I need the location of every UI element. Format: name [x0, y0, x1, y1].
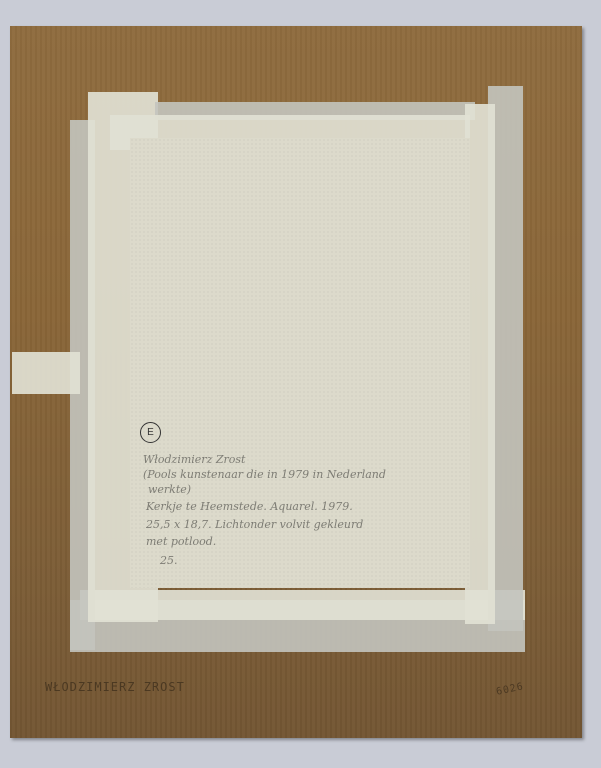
- note-line-2: (Pools kunstenaar die in 1979 in Nederla…: [143, 467, 386, 482]
- note-line-3: werkte): [148, 482, 191, 497]
- note-line-7: 25.: [160, 553, 178, 568]
- tape-left-overhang: [12, 352, 80, 394]
- note-line-5: 25,5 x 18,7. Lichtonder volvit gekleurd: [146, 517, 363, 532]
- note-line-4: Kerkje te Heemstede. Aquarel. 1979.: [146, 499, 353, 514]
- note-line-1: Włodzimierz Zrost: [143, 452, 245, 467]
- collection-stamp: E: [140, 422, 161, 443]
- artist-name-label: WŁODZIMIERZ ZROST: [45, 680, 185, 694]
- note-line-6: met potlood.: [146, 534, 216, 549]
